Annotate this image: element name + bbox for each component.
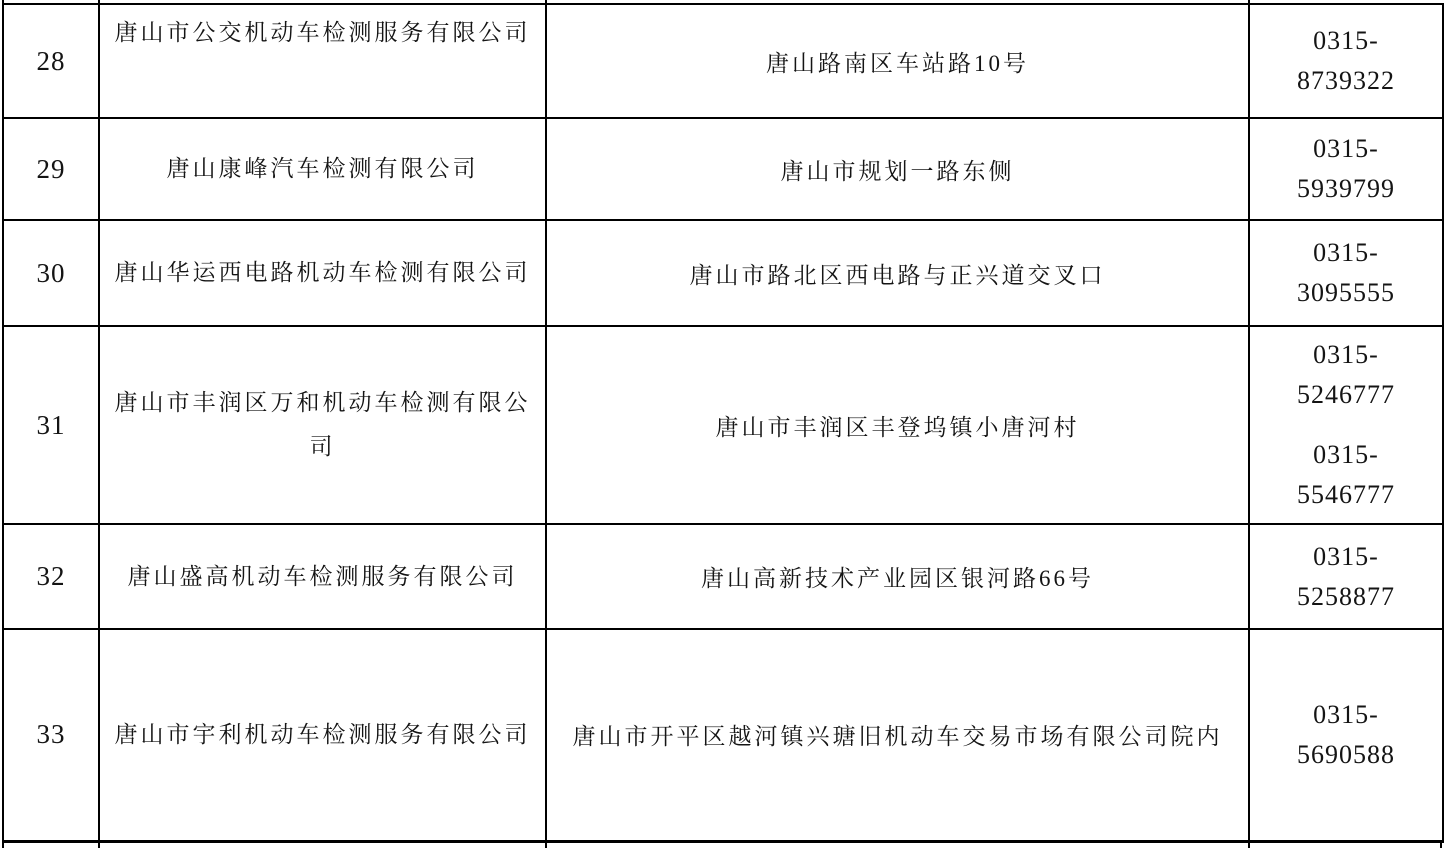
company-address: 唐山市规划一路东侧 xyxy=(546,118,1249,220)
phone-area-code: 0315- xyxy=(1250,695,1442,735)
phone-number: 0315- 5258877 xyxy=(1250,537,1442,617)
table-row-31: 31 唐山市丰润区万和机动车检测有限公 司 唐山市丰润区丰登坞镇小唐河村 031… xyxy=(3,326,1443,524)
phone-local-number: 5246777 xyxy=(1250,375,1442,415)
grid-line-stub xyxy=(545,0,547,4)
phone-area-code: 0315- xyxy=(1250,435,1442,475)
company-address: 唐山市丰润区丰登坞镇小唐河村 xyxy=(546,326,1249,524)
phone-local-number: 5939799 xyxy=(1250,169,1442,209)
row-number: 31 xyxy=(3,326,99,524)
grid-line-stub xyxy=(98,842,100,848)
company-name: 唐山华运西电路机动车检测有限公司 xyxy=(99,220,546,326)
row-number: 28 xyxy=(3,4,99,118)
company-address: 唐山市路北区西电路与正兴道交叉口 xyxy=(546,220,1249,326)
phone-local-number: 3095555 xyxy=(1250,273,1442,313)
phone-cell: 0315- 5939799 xyxy=(1249,118,1443,220)
phone-cell: 0315- 5258877 xyxy=(1249,524,1443,629)
phone-number: 0315- 5546777 xyxy=(1250,435,1442,515)
company-name: 唐山市公交机动车检测服务有限公司 xyxy=(99,4,546,118)
grid-line-stub xyxy=(2,842,4,848)
phone-local-number: 5546777 xyxy=(1250,475,1442,515)
phone-number: 0315- 5246777 xyxy=(1250,335,1442,415)
phone-number: 0315- 8739322 xyxy=(1250,21,1442,101)
table-row-33: 33 唐山市宇利机动车检测服务有限公司 唐山市开平区越河镇兴瑭旧机动车交易市场有… xyxy=(3,629,1443,841)
phone-cell: 0315- 8739322 xyxy=(1249,4,1443,118)
phone-local-number: 5690588 xyxy=(1250,735,1442,775)
grid-line-stub xyxy=(98,0,100,4)
inspection-stations-table: 28 唐山市公交机动车检测服务有限公司 唐山路南区车站路10号 0315- 87… xyxy=(2,3,1444,843)
company-name: 唐山康峰汽车检测有限公司 xyxy=(99,118,546,220)
phone-cell: 0315- 5690588 xyxy=(1249,629,1443,841)
company-name: 唐山市宇利机动车检测服务有限公司 xyxy=(99,629,546,841)
table-row-30: 30 唐山华运西电路机动车检测有限公司 唐山市路北区西电路与正兴道交叉口 031… xyxy=(3,220,1443,326)
grid-line-stub xyxy=(1248,842,1250,848)
company-address: 唐山高新技术产业园区银河路66号 xyxy=(546,524,1249,629)
company-address: 唐山路南区车站路10号 xyxy=(546,4,1249,118)
table-row-28: 28 唐山市公交机动车检测服务有限公司 唐山路南区车站路10号 0315- 87… xyxy=(3,4,1443,118)
grid-line-stub xyxy=(2,0,4,4)
phone-number: 0315- 5939799 xyxy=(1250,129,1442,209)
phone-area-code: 0315- xyxy=(1250,21,1442,61)
phone-area-code: 0315- xyxy=(1250,335,1442,375)
grid-line-stub xyxy=(545,842,547,848)
phone-cell: 0315- 3095555 xyxy=(1249,220,1443,326)
grid-line-stub xyxy=(1248,0,1250,4)
document-page: 28 唐山市公交机动车检测服务有限公司 唐山路南区车站路10号 0315- 87… xyxy=(0,0,1447,848)
company-address: 唐山市开平区越河镇兴瑭旧机动车交易市场有限公司院内 xyxy=(546,629,1249,841)
phone-area-code: 0315- xyxy=(1250,537,1442,577)
phone-local-number: 5258877 xyxy=(1250,577,1442,617)
row-number: 32 xyxy=(3,524,99,629)
company-name: 唐山市丰润区万和机动车检测有限公 司 xyxy=(99,326,546,524)
grid-line-stub xyxy=(1440,842,1442,848)
phone-area-code: 0315- xyxy=(1250,129,1442,169)
phone-cell: 0315- 5246777 0315- 5546777 xyxy=(1249,326,1443,524)
phone-number: 0315- 3095555 xyxy=(1250,233,1442,313)
company-name: 唐山盛高机动车检测服务有限公司 xyxy=(99,524,546,629)
table-row-32: 32 唐山盛高机动车检测服务有限公司 唐山高新技术产业园区银河路66号 0315… xyxy=(3,524,1443,629)
row-number: 29 xyxy=(3,118,99,220)
phone-area-code: 0315- xyxy=(1250,233,1442,273)
row-number: 30 xyxy=(3,220,99,326)
phone-number: 0315- 5690588 xyxy=(1250,695,1442,775)
table-row-29: 29 唐山康峰汽车检测有限公司 唐山市规划一路东侧 0315- 5939799 xyxy=(3,118,1443,220)
row-number: 33 xyxy=(3,629,99,841)
phone-local-number: 8739322 xyxy=(1250,61,1442,101)
